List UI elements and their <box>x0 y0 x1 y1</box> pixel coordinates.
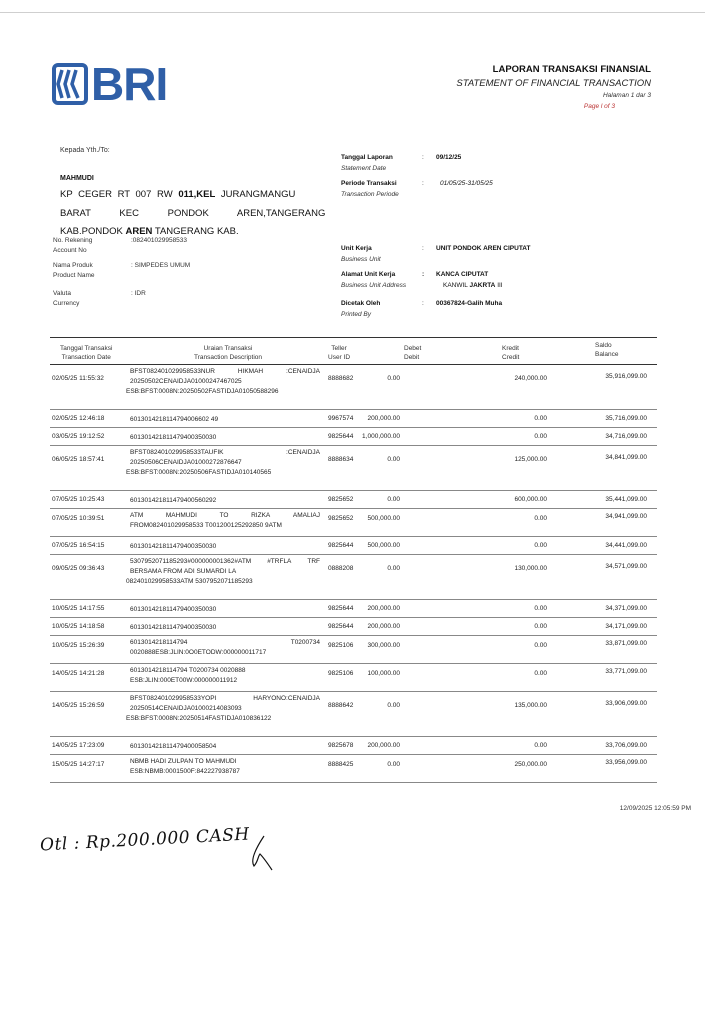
bri-logo-text: BRI <box>91 63 167 105</box>
cell-teller: 8888634 <box>328 456 353 463</box>
cell-date: 15/05/25 14:27:17 <box>52 761 104 768</box>
col-header-date: Tanggal TransaksiTransaction Date <box>60 344 112 362</box>
cell-date: 09/05/25 09:36:43 <box>52 565 104 572</box>
table-row: 06/05/25 18:57:4188886340.00125,000.0034… <box>50 446 657 491</box>
statement-date-field: Tanggal Laporan Statement Date : 09/12/2… <box>341 152 393 174</box>
cell-description: 601301421811479400350030 <box>130 605 216 615</box>
cell-balance: 34,171,099.00 <box>605 623 647 630</box>
cell-date: 03/05/25 19:12:52 <box>52 433 104 440</box>
printed-by-value: 00367824-Galih Muha <box>436 298 502 309</box>
cell-description: 601301421811479400058504 <box>130 742 216 752</box>
cell-teller: 9825652 <box>328 515 353 522</box>
address-line-1: KP CEGER RT 007 RW 011,KEL JURANGMANGU <box>60 189 295 200</box>
recipient-label: Kepada Yth./To: <box>60 147 110 154</box>
table-header: Tanggal TransaksiTransaction Date Uraian… <box>50 337 657 365</box>
cell-credit: 0.00 <box>534 605 547 612</box>
business-unit-address-line-2: KANWIL JAKRTA III <box>443 280 503 291</box>
cell-description: 601301421811479400350030 <box>130 623 216 633</box>
cell-credit: 125,000.00 <box>514 456 547 463</box>
table-row: 10/05/25 14:17:559825644200,000.000.0034… <box>50 600 657 618</box>
table-body: 02/05/25 11:55:3288886820.00240,000.0035… <box>50 365 657 783</box>
cell-debit: 1,000,000.00 <box>362 433 400 440</box>
cell-description: ATMMAHMUDITORIZKAAMALIAJFROM082401029958… <box>130 511 320 531</box>
cell-teller: 9967574 <box>328 415 353 422</box>
table-row: 07/05/25 16:54:159825644500,000.000.0034… <box>50 537 657 555</box>
cell-date: 14/05/25 17:23:09 <box>52 742 104 749</box>
cell-debit: 200,000.00 <box>367 623 400 630</box>
cell-debit: 100,000.00 <box>367 670 400 677</box>
printed-by-field: Dicetak Oleh Printed By : 00367824-Galih… <box>341 298 380 320</box>
cell-balance: 33,956,099.00 <box>605 759 647 766</box>
cell-credit: 0.00 <box>534 642 547 649</box>
cell-credit: 0.00 <box>534 670 547 677</box>
cell-date: 14/05/25 15:26:59 <box>52 702 104 709</box>
cell-description: 601301421811479400350030 <box>130 433 216 443</box>
recipient-name: MAHMUDI <box>60 175 94 182</box>
cell-description: 5307952071185293#000000001362#ATM#TRFLAT… <box>130 557 320 587</box>
business-unit-value: UNIT PONDOK AREN CIPUTAT <box>436 243 531 254</box>
cell-credit: 240,000.00 <box>514 375 547 382</box>
cell-balance: 34,571,099.00 <box>605 563 647 570</box>
table-row: 15/05/25 14:27:1788884250.00250,000.0033… <box>50 755 657 783</box>
cell-balance: 35,716,099.00 <box>605 415 647 422</box>
table-row: 07/05/25 10:39:519825652500,000.000.0034… <box>50 509 657 537</box>
cell-balance: 35,441,099.00 <box>605 496 647 503</box>
cell-date: 06/05/25 18:57:41 <box>52 456 104 463</box>
transaction-table: Tanggal TransaksiTransaction Date Uraian… <box>50 337 657 783</box>
cell-description: BFST082401029958533TAUFIK:CENAIDJA202505… <box>130 448 320 478</box>
table-row: 10/05/25 15:26:399825106300,000.000.0033… <box>50 636 657 664</box>
account-number-field: No. Rekening Account No :082401029958533 <box>53 236 92 256</box>
cell-credit: 130,000.00 <box>514 565 547 572</box>
cell-teller: 8888425 <box>328 761 353 768</box>
report-title: LAPORAN TRANSAKSI FINANSIAL <box>456 64 651 75</box>
table-row: 09/05/25 09:36:4308882080.00130,000.0034… <box>50 555 657 600</box>
business-unit-address-field: Alamat Unit Kerja Business Unit Address … <box>341 269 406 291</box>
cell-date: 14/05/25 14:21:28 <box>52 670 104 677</box>
cell-debit: 200,000.00 <box>367 415 400 422</box>
cell-teller: 9825644 <box>328 605 353 612</box>
cell-balance: 33,706,099.00 <box>605 742 647 749</box>
currency-value: : IDR <box>131 289 146 299</box>
cell-credit: 135,000.00 <box>514 702 547 709</box>
cell-teller: 9825678 <box>328 742 353 749</box>
col-header-teller: TellerUser ID <box>328 344 350 362</box>
cell-debit: 200,000.00 <box>367 605 400 612</box>
cell-debit: 0.00 <box>387 702 400 709</box>
transaction-period-value: 01/05/25-31/05/25 <box>440 178 493 189</box>
col-header-debit: DebetDebit <box>404 344 421 362</box>
table-row: 10/05/25 14:18:589825644200,000.000.0034… <box>50 618 657 636</box>
table-row: 14/05/25 17:23:099825678200,000.000.0033… <box>50 737 657 755</box>
cell-debit: 0.00 <box>387 761 400 768</box>
cell-debit: 0.00 <box>387 496 400 503</box>
cell-teller: 9825106 <box>328 642 353 649</box>
report-title-block: LAPORAN TRANSAKSI FINANSIAL STATEMENT OF… <box>456 64 651 110</box>
cell-debit: 500,000.00 <box>367 515 400 522</box>
cell-debit: 300,000.00 <box>367 642 400 649</box>
cell-credit: 600,000.00 <box>514 496 547 503</box>
page-top-border <box>0 12 705 13</box>
table-row: 02/05/25 12:46:189967574200,000.000.0035… <box>50 410 657 428</box>
cell-date: 10/05/25 14:17:55 <box>52 605 104 612</box>
cell-balance: 33,871,099.00 <box>605 640 647 647</box>
cell-credit: 0.00 <box>534 415 547 422</box>
cell-teller: 9825652 <box>328 496 353 503</box>
cell-teller: 8888682 <box>328 375 353 382</box>
cell-teller: 8888642 <box>328 702 353 709</box>
cell-balance: 33,906,099.00 <box>605 700 647 707</box>
cell-credit: 250,000.00 <box>514 761 547 768</box>
cell-teller: 9825644 <box>328 623 353 630</box>
cell-date: 10/05/25 15:26:39 <box>52 642 104 649</box>
cell-credit: 0.00 <box>534 542 547 549</box>
cell-teller: 9825106 <box>328 670 353 677</box>
cell-teller: 9825644 <box>328 542 353 549</box>
product-name-value: : SIMPEDES UMUM <box>131 261 190 271</box>
cell-balance: 34,941,099.00 <box>605 513 647 520</box>
cell-credit: 0.00 <box>534 433 547 440</box>
account-number-value: :082401029958533 <box>131 236 187 246</box>
printed-timestamp: 12/09/2025 12:05:59 PM <box>620 805 691 812</box>
business-unit-field: Unit Kerja Business Unit : UNIT PONDOK A… <box>341 243 381 265</box>
report-subtitle: STATEMENT OF FINANCIAL TRANSACTION <box>456 78 651 89</box>
cell-description: BFST082401029958533YOPIHARYONO:CENAIDJA2… <box>130 694 320 724</box>
cell-balance: 33,771,099.00 <box>605 668 647 675</box>
cell-balance: 34,841,099.00 <box>605 454 647 461</box>
cell-balance: 34,371,099.00 <box>605 605 647 612</box>
cell-balance: 35,916,099.00 <box>605 373 647 380</box>
statement-date-value: 09/12/25 <box>436 152 461 163</box>
cell-debit: 0.00 <box>387 456 400 463</box>
table-row: 14/05/25 15:26:5988886420.00135,000.0033… <box>50 692 657 737</box>
page-indicator-id: Halaman 1 dar 3 <box>456 92 651 99</box>
product-name-field: Nama Produk Product Name : SIMPEDES UMUM <box>53 261 95 281</box>
cell-balance: 34,441,099.00 <box>605 542 647 549</box>
cell-date: 02/05/25 11:55:32 <box>52 375 104 382</box>
cell-balance: 34,716,099.00 <box>605 433 647 440</box>
col-header-credit: KreditCredit <box>502 344 519 362</box>
bri-logo: BRI <box>52 63 167 105</box>
cell-description: 601301421811479400350030 <box>130 542 216 552</box>
cell-date: 07/05/25 16:54:15 <box>52 542 104 549</box>
cell-description: 6013014218114794006602 49 <box>130 415 218 425</box>
cell-description: NBMB HADI ZULPAN TO MAHMUDIESB:NBMB:0001… <box>130 757 240 777</box>
cell-teller: 0888208 <box>328 565 353 572</box>
cell-credit: 0.00 <box>534 742 547 749</box>
cell-debit: 500,000.00 <box>367 542 400 549</box>
cell-date: 07/05/25 10:39:51 <box>52 515 104 522</box>
handwritten-note: Otl : Rp.200.000 CASH <box>40 825 251 856</box>
table-row: 14/05/25 14:21:289825106100,000.000.0033… <box>50 664 657 692</box>
signature-icon <box>246 832 286 872</box>
cell-date: 10/05/25 14:18:58 <box>52 623 104 630</box>
cell-description: BFST082401029958533NURHIKMAH:CENAIDJA202… <box>130 367 320 397</box>
cell-debit: 200,000.00 <box>367 742 400 749</box>
cell-debit: 0.00 <box>387 565 400 572</box>
currency-field: Valuta Currency : IDR <box>53 289 79 309</box>
cell-description: 601301421811479400560292 <box>130 496 216 506</box>
cell-date: 07/05/25 10:25:43 <box>52 496 104 503</box>
cell-description: 6013014218114794T02007340020888ESB:JLIN:… <box>130 638 320 658</box>
cell-date: 02/05/25 12:46:18 <box>52 415 104 422</box>
cell-debit: 0.00 <box>387 375 400 382</box>
table-row: 07/05/25 10:25:4398256520.00600,000.0035… <box>50 491 657 509</box>
cell-credit: 0.00 <box>534 623 547 630</box>
table-row: 03/05/25 19:12:5298256441,000,000.000.00… <box>50 428 657 446</box>
cell-description: 6013014218114794 T0200734 0020888ESB:JLI… <box>130 666 245 686</box>
transaction-period-field: Periode Transaksi Transaction Periode : … <box>341 178 399 200</box>
cell-credit: 0.00 <box>534 515 547 522</box>
business-unit-address-value: KANCA CIPUTAT <box>436 269 488 280</box>
col-header-description: Uraian TransaksiTransaction Description <box>178 344 278 362</box>
bri-logo-mark-icon <box>52 63 88 105</box>
table-row: 02/05/25 11:55:3288886820.00240,000.0035… <box>50 365 657 410</box>
page-indicator-en: Page l of 3 <box>456 103 615 110</box>
address-line-2: BARAT KEC PONDOK AREN,TANGERANG <box>60 208 325 219</box>
cell-teller: 9825644 <box>328 433 353 440</box>
col-header-balance: SaldoBalance <box>595 341 619 359</box>
